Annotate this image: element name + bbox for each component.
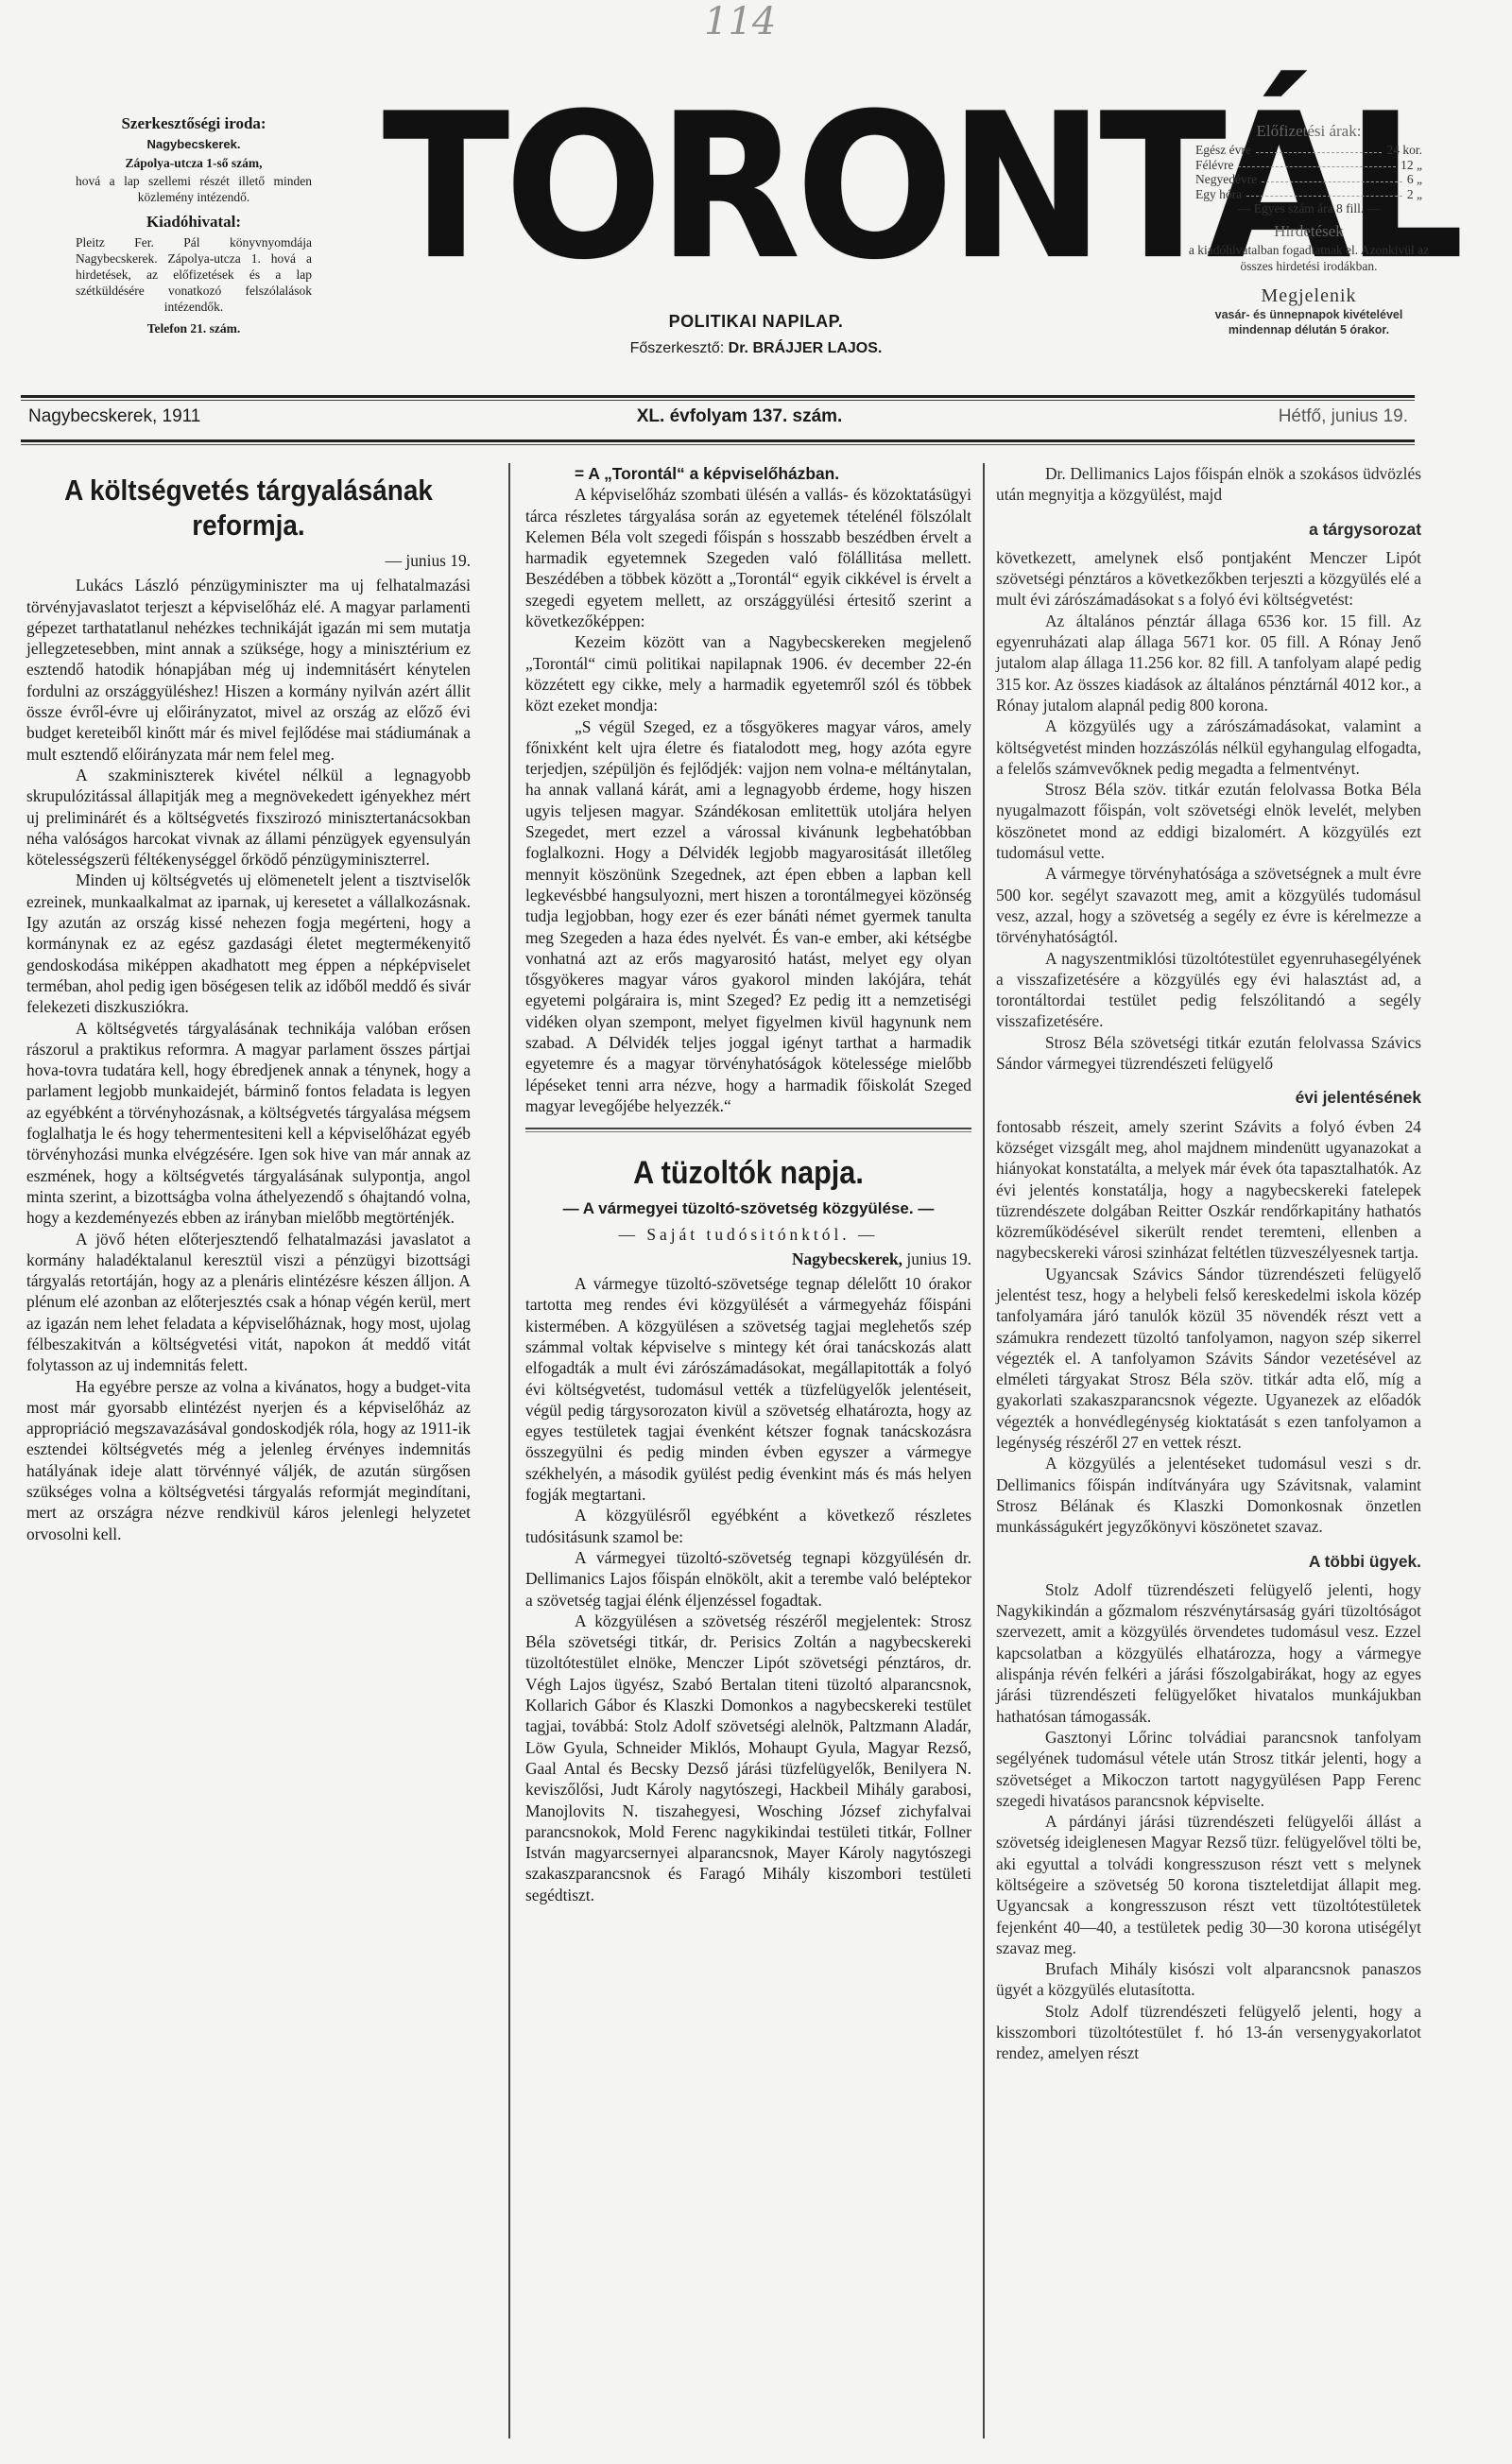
appears-text: vasár- és ünnepnapok kivételével mindenn… bbox=[1186, 308, 1432, 337]
publisher-office-text: Pleitz Fer. Pál könyvnyomdája Nagybecske… bbox=[76, 235, 312, 315]
article-paragraph: Stolz Adolf tüzrendészeti felügyelő jele… bbox=[996, 1579, 1421, 1727]
article-paragraph: A vármegye törvényhatósága a szövetségne… bbox=[996, 863, 1421, 947]
article-paragraph: Strosz Béla szövetségi titkár ezután fel… bbox=[996, 1032, 1421, 1075]
publisher-office-heading: Kiadóhivatal: bbox=[76, 212, 312, 232]
editor-label: Főszerkesztő: bbox=[630, 340, 725, 356]
dateline: Nagybecskerek, 1911 XL. évfolyam 137. sz… bbox=[28, 406, 1408, 427]
editorial-office-heading: Szerkesztőségi iroda: bbox=[76, 113, 312, 133]
phone-number: Telefon 21. szám. bbox=[76, 321, 312, 337]
column-divider bbox=[508, 463, 510, 2438]
news-paragraph: A képviselőház szombati ülésén a vallás-… bbox=[525, 484, 971, 631]
article-headline: A tüzoltók napja. bbox=[548, 1153, 950, 1193]
article-paragraph: A közgyülés a jelentéseket tudomásul ves… bbox=[996, 1453, 1421, 1537]
newspaper-subtitle: POLITIKAI NAPILAP. bbox=[354, 312, 1158, 332]
article-paragraph: következett, amelynek első pontjaként Me… bbox=[996, 547, 1421, 611]
article-paragraph: A jövő héten előterjesztendő felhatalmaz… bbox=[26, 1229, 471, 1376]
news-quote: „S végül Szeged, ez a tősgyökeres magyar… bbox=[525, 716, 971, 1117]
column-divider bbox=[983, 463, 985, 2438]
masthead: TORONTÁL bbox=[354, 93, 1158, 282]
article-paragraph: fontosabb részeit, amely szerint Szávits… bbox=[996, 1116, 1421, 1264]
article-headline: A költségvetés tárgyalásának reformja. bbox=[49, 473, 449, 543]
subheading: A többi ügyek. bbox=[996, 1551, 1421, 1572]
subscription-box: Előfizetési árak: Egész évre24 kor. Félé… bbox=[1186, 121, 1432, 337]
ads-heading: Hirdetések bbox=[1186, 221, 1432, 241]
article-paragraph: A közgyülésről egyébként a következő rés… bbox=[525, 1505, 971, 1547]
top-rule bbox=[21, 395, 1415, 401]
price-row: Negyedévre6 „ bbox=[1195, 172, 1422, 187]
article-date: — junius 19. bbox=[26, 550, 471, 571]
article-paragraph: A szakminiszterek kivétel nélkül a legna… bbox=[26, 765, 471, 870]
article-paragraph: Minden uj költségvetés uj elömenetelt je… bbox=[26, 870, 471, 1017]
editorial-office-city: Nagybecskerek. bbox=[76, 137, 312, 152]
newspaper-page: 114 Szerkesztőségi iroda: Nagybecskerek.… bbox=[0, 0, 1512, 2464]
article-paragraph: A vármegye tüzoltó-szövetsége tegnap dél… bbox=[525, 1273, 971, 1505]
price-row: Félévre12 „ bbox=[1195, 158, 1422, 173]
editorial-office-address: Zápolya-utcza 1-ső szám, bbox=[76, 156, 312, 172]
subheading: a tárgysorozat bbox=[996, 519, 1421, 540]
article-dateline: Nagybecskerek, junius 19. bbox=[525, 1249, 971, 1269]
editorial-office-box: Szerkesztőségi iroda: Nagybecskerek. Záp… bbox=[76, 112, 312, 337]
price-row: Egész évre24 kor. bbox=[1195, 143, 1422, 158]
bottom-rule bbox=[21, 439, 1415, 445]
section-rule bbox=[525, 1128, 971, 1132]
article-paragraph: Stolz Adolf tüzrendészeti felügyelő jele… bbox=[996, 2001, 1421, 2064]
article-paragraph: A költségvetés tárgyalásának technikája … bbox=[26, 1018, 471, 1229]
news-paragraph: Kezeim között van a Nagybecskereken megj… bbox=[525, 631, 971, 715]
article-paragraph: A közgyülés ugy a zárószámadásokat, vala… bbox=[996, 715, 1421, 779]
column-1: A költségvetés tárgyalásának reformja. —… bbox=[26, 463, 471, 1544]
editorial-office-note: hová a lap szellemi részét illető minden… bbox=[76, 174, 312, 206]
dateline-date: junius 19. bbox=[906, 1249, 971, 1268]
article-paragraph: A párdányi járási tüzrendészeti felügyel… bbox=[996, 1811, 1421, 1958]
editor-name: Dr. BRÁJJER LAJOS. bbox=[729, 340, 883, 356]
article-deck: — A vármegyei tüzoltó-szövetség közgyülé… bbox=[525, 1198, 971, 1219]
dateline-place-year: Nagybecskerek, 1911 bbox=[28, 406, 200, 427]
article-paragraph: Brufach Mihály kisószi volt alparancsnok… bbox=[996, 1958, 1421, 2001]
article-paragraph: Gasztonyi Lőrinc tolvádiai parancsnok ta… bbox=[996, 1727, 1421, 1811]
newspaper-title: TORONTÁL bbox=[383, 93, 1130, 282]
editor-line: Főszerkesztő: Dr. BRÁJJER LAJOS. bbox=[354, 340, 1158, 357]
single-issue-price: — Egyes szám ára 8 fill. — bbox=[1186, 201, 1432, 217]
article-paragraph: Ha egyébre persze az volna a kivánatos, … bbox=[26, 1376, 471, 1544]
subheading: évi jelentésének bbox=[996, 1087, 1421, 1108]
article-paragraph: Lukács László pénzügyminiszter ma uj fel… bbox=[26, 575, 471, 765]
column-3: Dr. Dellimanics Lajos főispán elnök a sz… bbox=[996, 463, 1421, 2064]
price-row: Egy hóra2 „ bbox=[1195, 187, 1422, 202]
dateline-volume-issue: XL. évfolyam 137. szám. bbox=[637, 406, 843, 427]
article-byline: — Saját tudósitónktól. — bbox=[525, 1224, 971, 1245]
handwritten-page-number: 114 bbox=[704, 0, 776, 43]
dateline-day-date: Hétfő, junius 19. bbox=[1279, 406, 1408, 427]
article-paragraph: A nagyszentmiklósi tüzoltótestület egyen… bbox=[996, 948, 1421, 1032]
appears-heading: Megjelenik bbox=[1186, 284, 1432, 308]
ads-text: a kiadóhivatalban fogadtatnak el. Azonki… bbox=[1186, 243, 1432, 275]
article-paragraph: Ugyancsak Szávics Sándor tüzrendészeti f… bbox=[996, 1264, 1421, 1454]
article-paragraph: Strosz Béla szöv. titkár ezután felolvas… bbox=[996, 779, 1421, 863]
column-2: = A „Torontál“ a képviselőházban. A képv… bbox=[525, 463, 971, 1905]
price-list: Egész évre24 kor. Félévre12 „ Negyedévre… bbox=[1195, 143, 1422, 201]
article-paragraph: Dr. Dellimanics Lajos főispán elnök a sz… bbox=[996, 463, 1421, 506]
subscription-heading: Előfizetési árak: bbox=[1186, 121, 1432, 141]
news-item-lead: = A „Torontál“ a képviselőházban. bbox=[525, 463, 971, 484]
article-paragraph: Az általános pénztár állaga 6536 kor. 15… bbox=[996, 611, 1421, 715]
article-paragraph: A vármegyei tüzoltó-szövetség tegnapi kö… bbox=[525, 1547, 971, 1611]
dateline-city: Nagybecskerek, bbox=[792, 1249, 902, 1268]
article-paragraph: A közgyülésen a szövetség részéről megje… bbox=[525, 1611, 971, 1905]
